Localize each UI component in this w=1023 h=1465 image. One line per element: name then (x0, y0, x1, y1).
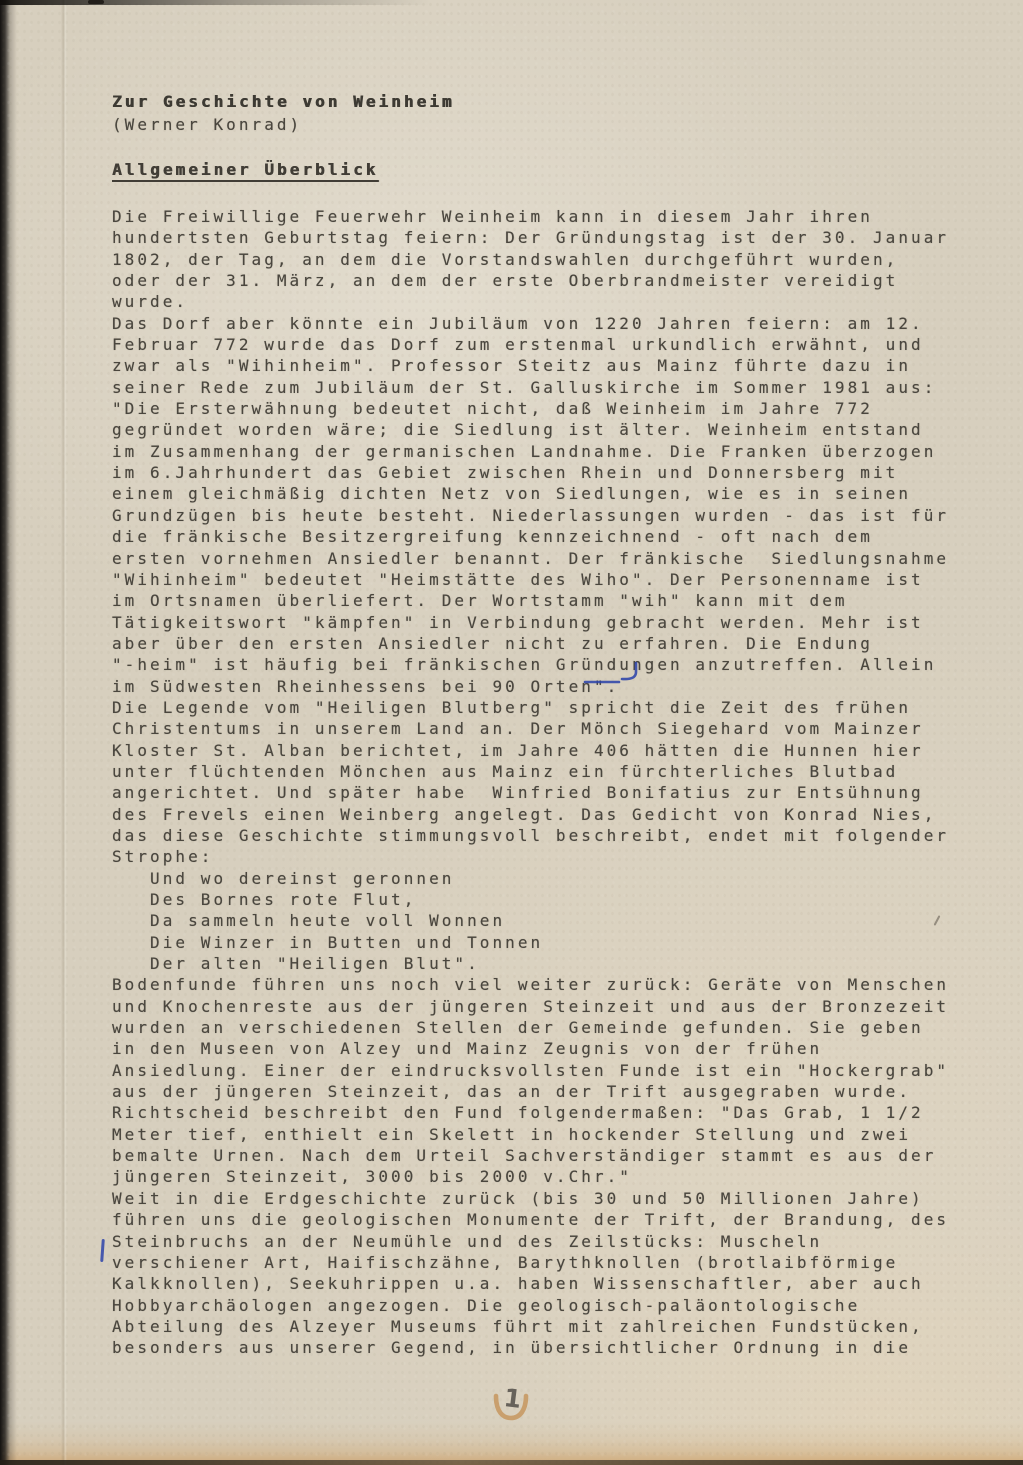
text-line: zwar als "Wihinheim". Professor Steitz a… (112, 355, 949, 376)
text-line: und Knochenreste aus der jüngeren Steinz… (112, 996, 949, 1017)
text-line: Februar 772 wurde das Dorf zum erstenmal… (112, 334, 949, 355)
text-line: verschiener Art, Haifischzähne, Barythkn… (112, 1252, 949, 1273)
blue-pen-underline-hook-annotation (582, 660, 646, 688)
text-line: bemalte Urnen. Nach dem Urteil Sachverst… (112, 1145, 949, 1166)
text-line: Ansiedlung. Einer der eindrucksvollsten … (112, 1060, 949, 1081)
text-line: in den Museen von Alzey und Mainz Zeugni… (112, 1038, 949, 1059)
text-line: im Ortsnamen überliefert. Der Wortstamm … (112, 590, 949, 611)
text-line: im Südwesten Rheinhessens bei 90 Orten". (112, 676, 949, 697)
text-line: wurde. (112, 291, 949, 312)
text-line: "Wihinheim" bedeutet "Heimstätte des Wih… (112, 569, 949, 590)
text-line: Die Legende vom "Heiligen Blutberg" spri… (112, 697, 949, 718)
text-line: Die Winzer in Butten und Tonnen (112, 932, 949, 953)
text-line: führen uns die geologischen Monumente de… (112, 1209, 949, 1230)
text-line: Weit in die Erdgeschichte zurück (bis 30… (112, 1188, 949, 1209)
text-line: des Frevels einen Weinberg angelegt. Das… (112, 804, 949, 825)
text-line: hundertsten Geburtstag feiern: Der Gründ… (112, 227, 949, 248)
text-line: Kalkknollen), Seekuhrippen u.a. haben Wi… (112, 1273, 949, 1294)
scan-speck (88, 0, 104, 4)
text-line: wurden an verschiedenen Stellen der Geme… (112, 1017, 949, 1038)
text-line: oder der 31. März, an dem der erste Ober… (112, 270, 949, 291)
text-line: unter flüchtenden Mönchen aus Mainz ein … (112, 761, 949, 782)
text-line: Christentums in unserem Land an. Der Mön… (112, 718, 949, 739)
paper-crease (61, 0, 67, 1465)
text-line: aus der jüngeren Steinzeit, das an der T… (112, 1081, 949, 1102)
text-line: angerichtet. Und später habe Winfried Bo… (112, 782, 949, 803)
text-line: Kloster St. Alban berichtet, im Jahre 40… (112, 740, 949, 761)
page-number-digit: 1 (502, 1383, 523, 1414)
text-line: die fränkische Besitzergreifung kennzeic… (112, 526, 949, 547)
page-title: Zur Geschichte von Weinheim (112, 92, 454, 111)
text-line: Richtscheid beschreibt den Fund folgende… (112, 1102, 949, 1123)
text-line: Grundzügen bis heute besteht. Niederlass… (112, 505, 949, 526)
scan-edge-bottom (0, 1460, 1023, 1465)
text-line: Meter tief, enthielt ein Skelett in hock… (112, 1124, 949, 1145)
page-number: 1 (489, 1386, 535, 1428)
text-line: ersten vornehmen Ansiedler benannt. Der … (112, 548, 949, 569)
text-line: Da sammeln heute voll Wonnen (112, 910, 949, 931)
scan-edge-top (0, 0, 430, 5)
text-line: "Die Ersterwähnung bedeutet nicht, daß W… (112, 398, 949, 419)
section-heading: Allgemeiner Überblick (112, 160, 378, 179)
text-line: Steinbruchs an der Neumühle und des Zeil… (112, 1231, 949, 1252)
document-body: Die Freiwillige Feuerwehr Weinheim kann … (112, 206, 949, 1359)
text-line: einem gleichmäßig dichten Netz von Siedl… (112, 483, 949, 504)
text-line: seiner Rede zum Jubiläum der St. Gallusk… (112, 377, 949, 398)
text-line: aber über den ersten Ansiedler nicht zu … (112, 633, 949, 654)
text-line: 1802, der Tag, an dem die Vorstandswahle… (112, 249, 949, 270)
text-line: Der alten "Heiligen Blut". (112, 953, 949, 974)
text-line: im 6.Jahrhundert das Gebiet zwischen Rhe… (112, 462, 949, 483)
text-line: jüngeren Steinzeit, 3000 bis 2000 v.Chr.… (112, 1166, 949, 1187)
text-line: Das Dorf aber könnte ein Jubiläum von 12… (112, 313, 949, 334)
text-line: "-heim" ist häufig bei fränkischen Gründ… (112, 654, 949, 675)
text-line: gegründet worden wäre; die Siedlung ist … (112, 419, 949, 440)
text-line: im Zusammenhang der germanischen Landnah… (112, 441, 949, 462)
text-line: Bodenfunde führen uns noch viel weiter z… (112, 974, 949, 995)
text-line: Hobbyarchäologen angezogen. Die geologis… (112, 1295, 949, 1316)
blue-pen-margin-mark (100, 1239, 105, 1262)
text-line: Des Bornes rote Flut, (112, 889, 949, 910)
text-line: Abteilung des Alzeyer Museums führt mit … (112, 1316, 949, 1337)
text-line: das diese Geschichte stimmungsvoll besch… (112, 825, 949, 846)
author-line: (Werner Konrad) (112, 115, 302, 134)
text-line: Und wo dereinst geronnen (112, 868, 949, 889)
text-line: Tätigkeitswort "kämpfen" in Verbindung g… (112, 612, 949, 633)
text-line: Strophe: (112, 846, 949, 867)
text-line: Die Freiwillige Feuerwehr Weinheim kann … (112, 206, 949, 227)
text-line: besonders aus unserer Gegend, in übersic… (112, 1337, 949, 1358)
scanned-document-page: Zur Geschichte von Weinheim (Werner Konr… (0, 0, 1023, 1465)
